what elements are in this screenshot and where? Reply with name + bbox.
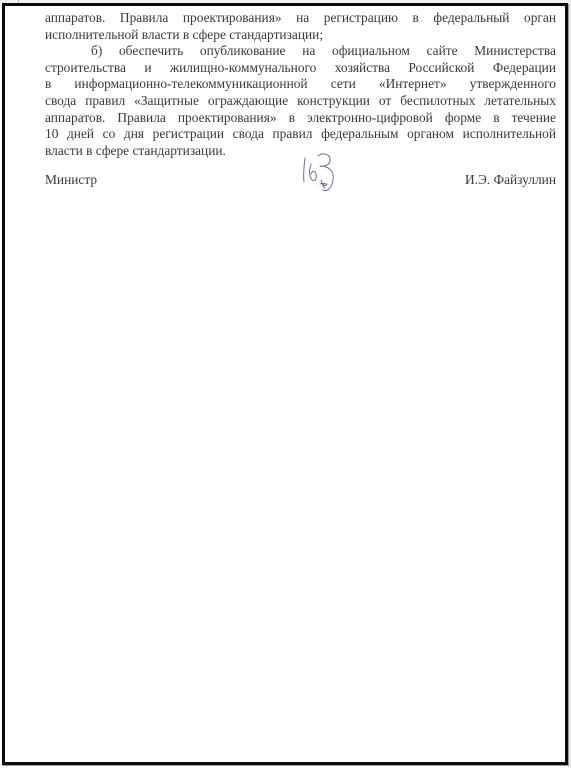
signatory-name: И.Э. Файзуллин [465,172,556,188]
text-line: 10 дней со дня регистрации свода правил … [45,126,556,143]
body-paragraphs: аппаратов. Правила проектирования» на ре… [45,10,556,159]
text-line: аппаратов. Правила проектирования» в эле… [45,110,556,127]
signatory-title: Министр [45,172,97,188]
document-page: аппаратов. Правила проектирования» на ре… [2,3,568,765]
signature-block: Министр И.Э. Файзуллин [45,172,556,196]
text-line: в информационно-телекоммуникационной сет… [45,76,556,93]
text-line: свода правил «Защитные ограждающие конст… [45,93,556,110]
text-line: строительства и жилищно-коммунального хо… [45,60,556,77]
text-line: исполнительной власти в сфере стандартиз… [45,27,556,44]
handwritten-signature-icon [299,150,349,196]
document-viewer: аппаратов. Правила проектирования» на ре… [0,0,571,768]
text-line: аппаратов. Правила проектирования» на ре… [45,10,556,27]
text-line: б) обеспечить опубликование на официальн… [45,43,556,60]
